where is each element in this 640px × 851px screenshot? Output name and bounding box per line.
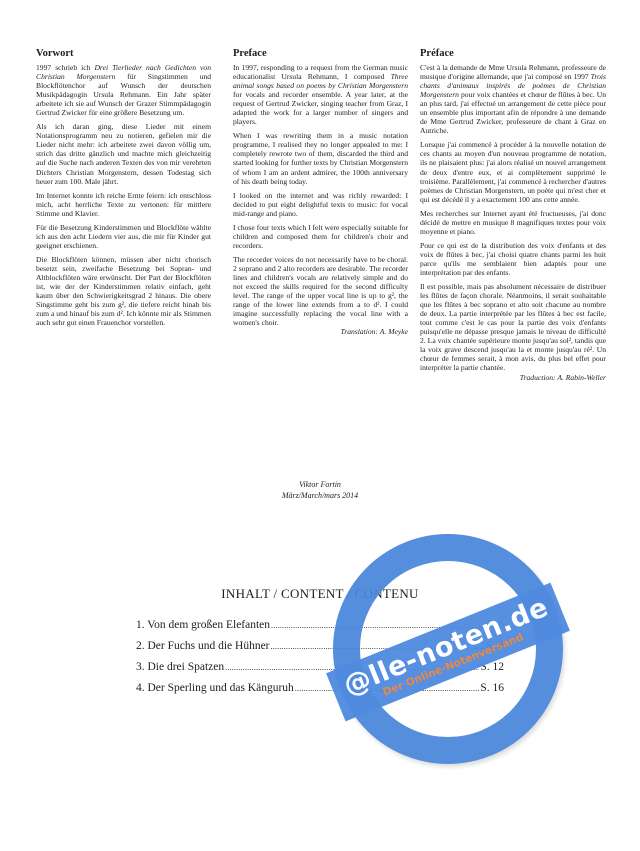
toc-item[interactable]: 3. Die drei Spatzen S. 12 <box>136 657 504 678</box>
paragraph: C'est à la demande de Mme Ursula Rehmann… <box>420 63 606 135</box>
toc-item-title: 1. Von dem großen Elefanten <box>136 615 270 635</box>
preface-column-german: Vorwort 1997 schrieb ich Drei Tierlieder… <box>36 48 211 332</box>
paragraph-text: In 1997, responding to a request from th… <box>233 63 408 81</box>
paragraph: Lorsque j'ai commencé à procéder à la no… <box>420 140 606 203</box>
paragraph: Pour ce qui est de la distribution des v… <box>420 241 606 277</box>
paragraph: In 1997, responding to a request from th… <box>233 63 408 126</box>
paragraph: The recorder voices do not necessarily h… <box>233 255 408 327</box>
paragraph: Für die Besetzung Kinderstimmen und Bloc… <box>36 223 211 250</box>
author-name: Viktor Fortin <box>0 479 640 490</box>
signature-block: Viktor Fortin März/March/mars 2014 <box>0 479 640 501</box>
preface-column-english: Preface In 1997, responding to a request… <box>233 48 408 336</box>
heading-preface: Preface <box>233 48 408 60</box>
dot-leader <box>225 657 479 678</box>
paragraph: Il est possible, mais pas absolument néc… <box>420 282 606 372</box>
paragraph-text: for vocals and recorder ensemble. A year… <box>233 90 408 126</box>
paragraph: I chose four texts which I felt were esp… <box>233 223 408 250</box>
translation-credit: Traduction: A. Rabin-Weller <box>420 373 606 382</box>
paragraph: 1997 schrieb ich Drei Tierlieder nach Ge… <box>36 63 211 117</box>
paragraph: I looked on the internet and was richly … <box>233 191 408 218</box>
paragraph: Als ich daran ging, diese Lieder mit ein… <box>36 122 211 185</box>
toc-item-page: S. 16 <box>480 678 504 698</box>
translation-credit: Translation: A. Meyke <box>233 327 408 336</box>
toc-item[interactable]: 2. Der Fuchs und die Hühner S. 8 <box>136 636 504 657</box>
toc-item-page: S. 5 <box>486 615 504 635</box>
toc-item-title: 2. Der Fuchs und die Hühner <box>136 636 270 656</box>
signature-date: März/March/mars 2014 <box>0 490 640 501</box>
paragraph-text: 1997 schrieb ich <box>36 63 94 72</box>
paragraph: When I was rewriting them in a music not… <box>233 131 408 185</box>
toc-item[interactable]: 4. Der Sperling und das Känguruh S. 16 <box>136 678 504 699</box>
dot-leader <box>271 636 486 657</box>
paragraph: Im Internet konnte ich reiche Ernte feie… <box>36 191 211 218</box>
paragraph: Mes recherches sur Internet ayant été fr… <box>420 209 606 236</box>
toc-item-page: S. 8 <box>486 636 504 656</box>
toc-item-title: 3. Die drei Spatzen <box>136 657 224 677</box>
toc-item-title: 4. Der Sperling und das Känguruh <box>136 678 294 698</box>
paragraph-text: C'est à la demande de Mme Ursula Rehmann… <box>420 63 606 81</box>
preface-column-french: Préface C'est à la demande de Mme Ursula… <box>420 48 606 382</box>
toc-item[interactable]: 1. Von dem großen Elefanten S. 5 <box>136 615 504 636</box>
table-of-contents: 1. Von dem großen Elefanten S. 5 2. Der … <box>136 615 504 699</box>
dot-leader <box>295 678 480 699</box>
heading-vorwort: Vorwort <box>36 48 211 60</box>
toc-item-page: S. 12 <box>480 657 504 677</box>
heading-preface-fr: Préface <box>420 48 606 60</box>
toc-title: INHALT / CONTENT / CONTENU <box>0 586 640 602</box>
document-page: Vorwort 1997 schrieb ich Drei Tierlieder… <box>0 0 640 851</box>
dot-leader <box>271 615 485 636</box>
paragraph: Die Blockflöten können, müssen aber nich… <box>36 255 211 327</box>
